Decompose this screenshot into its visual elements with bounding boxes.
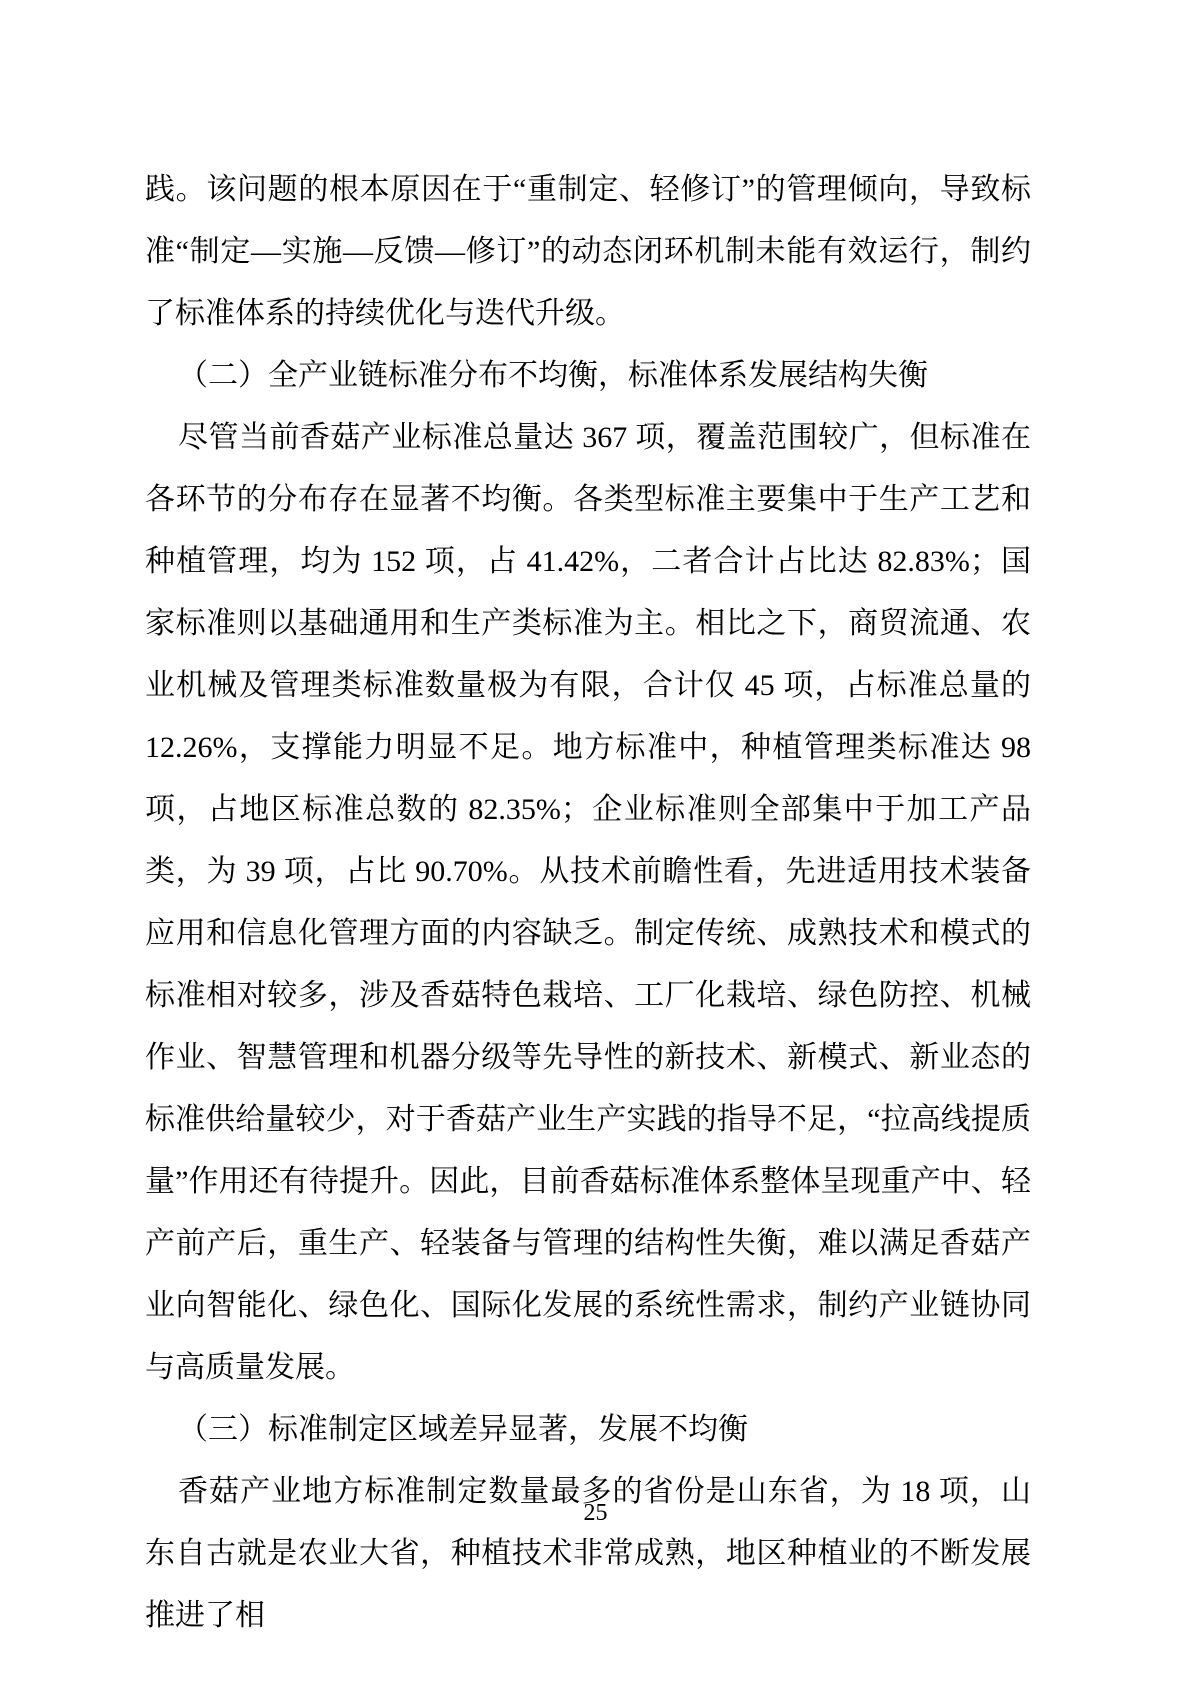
body-paragraph: 尽管当前香菇产业标准总量达 367 项，覆盖范围较广，但标准在各环节的分布存在显… [145,407,1031,1399]
section-heading: （二）全产业链标准分布不均衡，标准体系发展结构失衡 [145,345,1031,407]
page-number: 25 [584,1500,608,1526]
body-paragraph: 香菇产业地方标准制定数量最多的省份是山东省，为 18 项，山东自古就是农业大省，… [145,1461,1031,1647]
document-body: 践。该问题的根本原因在于“重制定、轻修订”的管理倾向，导致标准“制定—实施—反馈… [145,159,1031,1647]
section-heading: （三）标准制定区域差异显著，发展不均衡 [145,1399,1031,1461]
page-footer: 25 [0,1498,1191,1528]
document-page: 践。该问题的根本原因在于“重制定、轻修订”的管理倾向，导致标准“制定—实施—反馈… [0,0,1191,1684]
body-paragraph: 践。该问题的根本原因在于“重制定、轻修订”的管理倾向，导致标准“制定—实施—反馈… [145,159,1031,345]
